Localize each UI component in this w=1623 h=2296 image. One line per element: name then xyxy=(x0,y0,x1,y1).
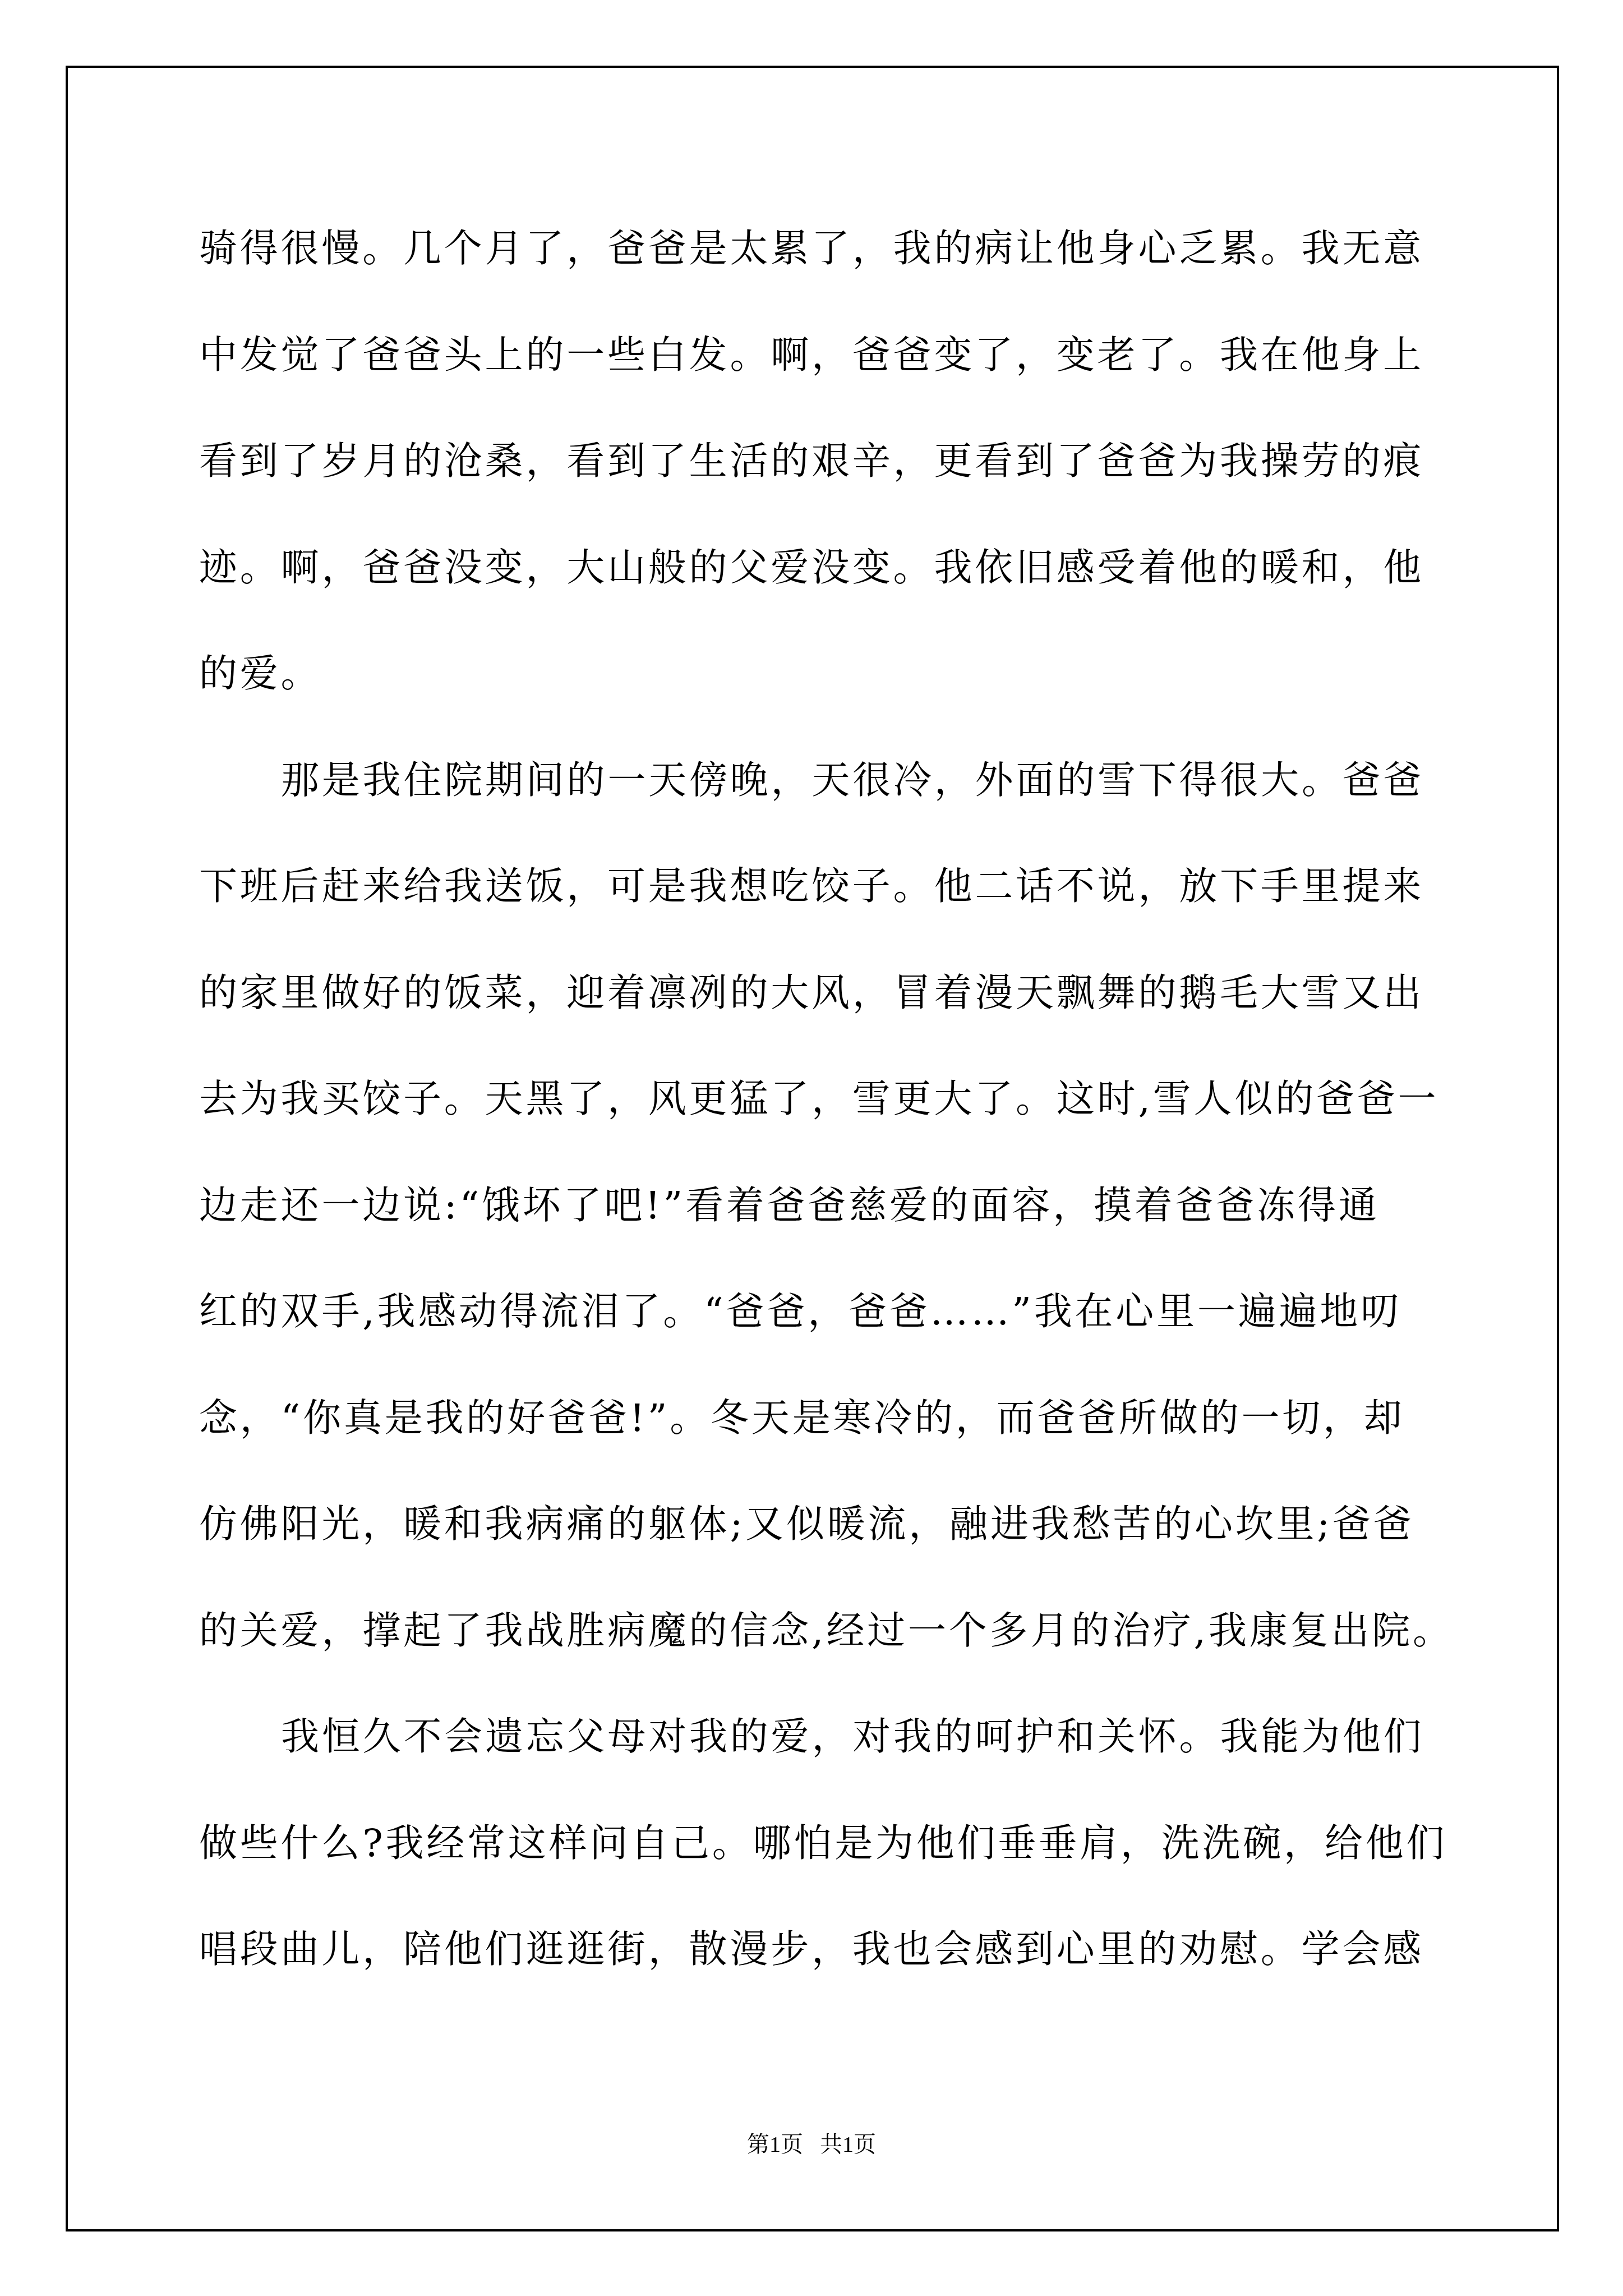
text-line-1: 骑得很慢。几个月了，爸爸是太累了，我的病让他身心乏累。我无意 xyxy=(199,196,1433,302)
text-line-2: 中发觉了爸爸头上的一些白发。啊，爸爸变了，变老了。我在他身上 xyxy=(199,302,1433,409)
text-line-12: 念，“你真是我的好爸爸!”。冬天是寒冷的，而爸爸所做的一切，却 xyxy=(199,1365,1433,1472)
text-line-11: 红的双手,我感动得流泪了。“爸爸，爸爸……”我在心里一遍遍地叨 xyxy=(199,1259,1433,1365)
text-line-16: 做些什么?我经常这样问自己。哪怕是为他们垂垂肩，洗洗碗，给他们 xyxy=(199,1791,1433,1897)
text-line-4: 迹。啊，爸爸没变，大山般的父爱没变。我依旧感受着他的暖和，他 xyxy=(199,515,1433,622)
text-line-3: 看到了岁月的沧桑，看到了生活的艰辛，更看到了爸爸为我操劳的痕 xyxy=(199,408,1433,515)
paragraph-start-line-15: 我恒久不会遗忘父母对我的爱，对我的呵护和关怀。我能为他们 xyxy=(199,1684,1433,1791)
text-line-8: 的家里做好的饭菜，迎着凛冽的大风，冒着漫天飘舞的鹅毛大雪又出 xyxy=(199,940,1433,1047)
text-line-7: 下班后赶来给我送饭，可是我想吃饺子。他二话不说，放下手里提来 xyxy=(199,834,1433,940)
page-number-footer: 第1页 共1页 xyxy=(0,2129,1623,2160)
text-line-9: 去为我买饺子。天黑了，风更猛了，雪更大了。这时,雪人似的爸爸一 xyxy=(199,1046,1433,1153)
text-line-14: 的关爱，撑起了我战胜病魔的信念,经过一个多月的治疗,我康复出院。 xyxy=(199,1578,1433,1685)
document-body: 骑得很慢。几个月了，爸爸是太累了，我的病让他身心乏累。我无意 中发觉了爸爸头上的… xyxy=(199,196,1433,2003)
text-line-5: 的爱。 xyxy=(199,621,1433,728)
text-line-17: 唱段曲儿，陪他们逛逛街，散漫步，我也会感到心里的劝慰。学会感 xyxy=(199,1897,1433,2003)
paragraph-start-line-6: 那是我住院期间的一天傍晚，天很冷，外面的雪下得很大。爸爸 xyxy=(199,728,1433,834)
text-line-13: 仿佛阳光，暖和我病痛的躯体;又似暖流，融进我愁苦的心坎里;爸爸 xyxy=(199,1471,1433,1578)
text-line-10: 边走还一边说:“饿坏了吧!”看着爸爸慈爱的面容，摸着爸爸冻得通 xyxy=(199,1153,1433,1259)
